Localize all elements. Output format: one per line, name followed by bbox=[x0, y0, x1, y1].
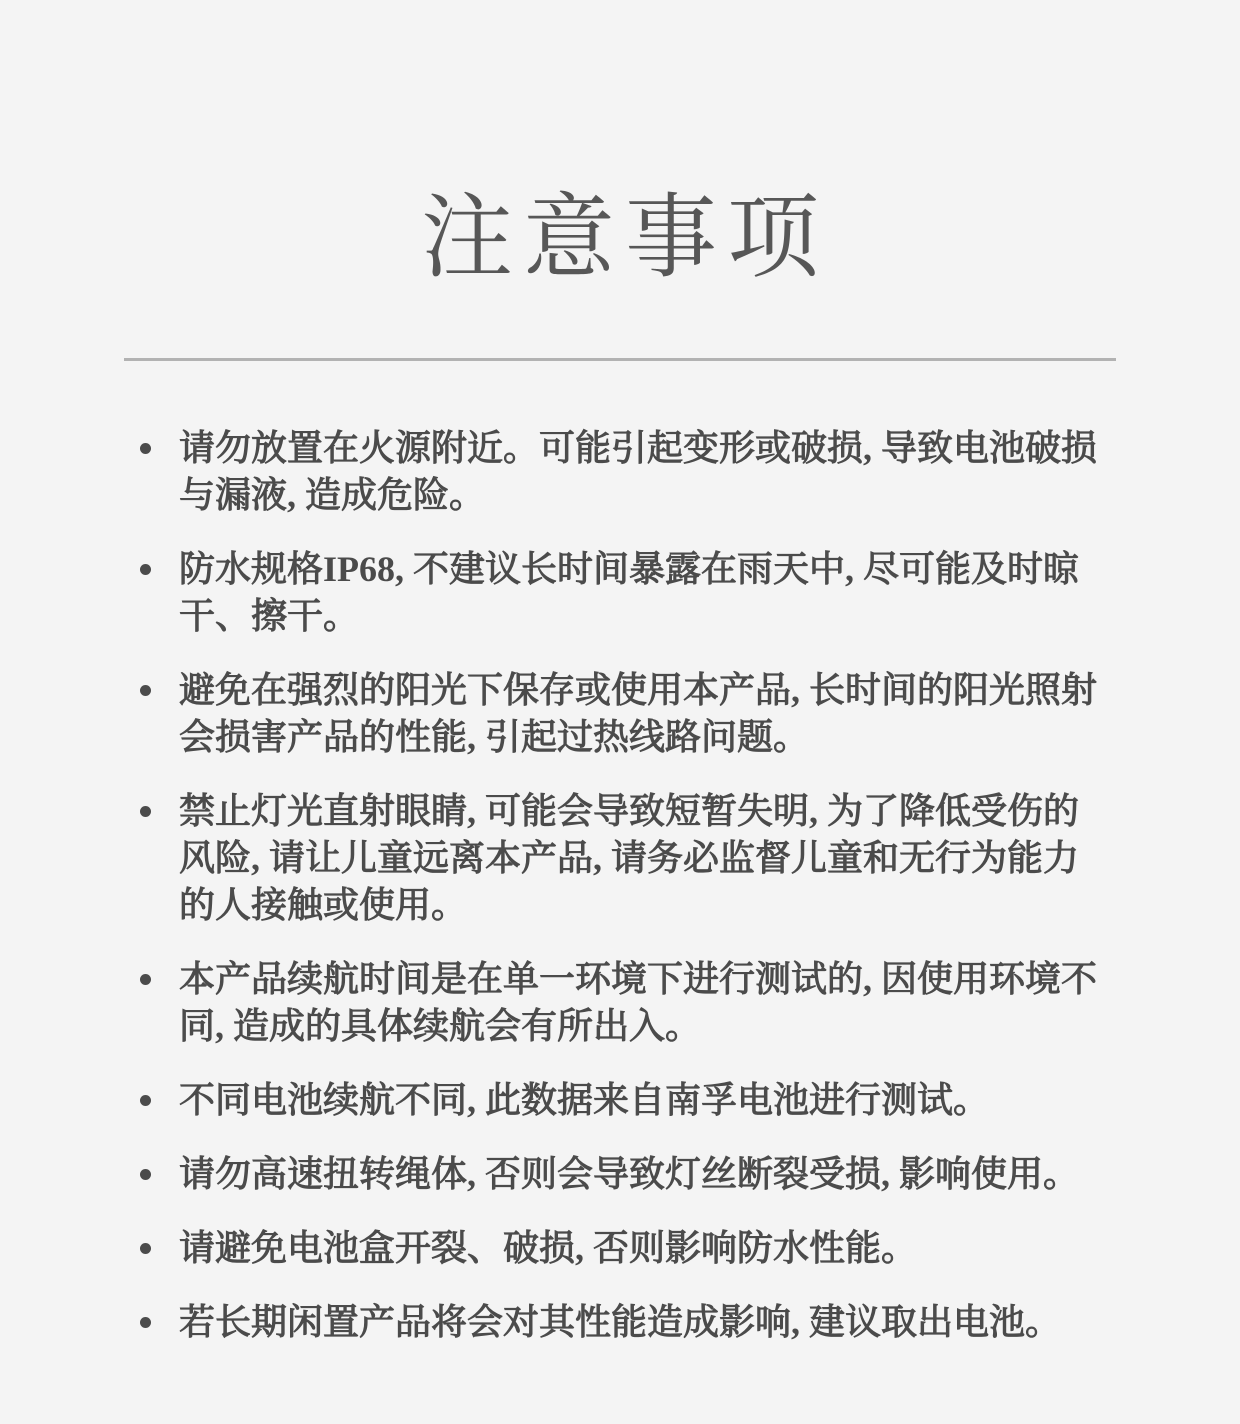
bullet-icon bbox=[140, 685, 151, 696]
bullet-icon bbox=[140, 1243, 151, 1254]
notice-text: 本产品续航时间是在单一环境下进行测试的, 因使用环境不同, 造成的具体续航会有所… bbox=[179, 956, 1114, 1050]
list-item: 禁止灯光直射眼睛, 可能会导致短暂失明, 为了降低受伤的风险, 请让儿童远离本产… bbox=[140, 788, 1240, 929]
bullet-icon bbox=[140, 974, 151, 985]
list-item: 不同电池续航不同, 此数据来自南孚电池进行测试。 bbox=[140, 1077, 1240, 1124]
list-item: 避免在强烈的阳光下保存或使用本产品, 长时间的阳光照射会损害产品的性能, 引起过… bbox=[140, 667, 1240, 761]
bullet-icon bbox=[140, 564, 151, 575]
bullet-icon bbox=[140, 1095, 151, 1106]
list-item: 若长期闲置产品将会对其性能造成影响, 建议取出电池。 bbox=[140, 1299, 1240, 1346]
notice-text: 若长期闲置产品将会对其性能造成影响, 建议取出电池。 bbox=[179, 1299, 1114, 1346]
notice-text: 请避免电池盒开裂、破损, 否则影响防水性能。 bbox=[179, 1225, 1114, 1272]
notice-list: 请勿放置在火源附近。可能引起变形或破损, 导致电池破损与漏液, 造成危险。 防水… bbox=[0, 425, 1240, 1346]
list-item: 防水规格IP68, 不建议长时间暴露在雨天中, 尽可能及时晾干、擦干。 bbox=[140, 546, 1240, 640]
list-item: 本产品续航时间是在单一环境下进行测试的, 因使用环境不同, 造成的具体续航会有所… bbox=[140, 956, 1240, 1050]
notice-text: 防水规格IP68, 不建议长时间暴露在雨天中, 尽可能及时晾干、擦干。 bbox=[179, 546, 1114, 640]
list-item: 请避免电池盒开裂、破损, 否则影响防水性能。 bbox=[140, 1225, 1240, 1272]
notice-text: 请勿高速扭转绳体, 否则会导致灯丝断裂受损, 影响使用。 bbox=[179, 1151, 1114, 1198]
notice-text: 避免在强烈的阳光下保存或使用本产品, 长时间的阳光照射会损害产品的性能, 引起过… bbox=[179, 667, 1114, 761]
title-divider bbox=[124, 358, 1116, 361]
page-title: 注意事项 bbox=[0, 0, 1240, 284]
list-item: 请勿高速扭转绳体, 否则会导致灯丝断裂受损, 影响使用。 bbox=[140, 1151, 1240, 1198]
notice-text: 禁止灯光直射眼睛, 可能会导致短暂失明, 为了降低受伤的风险, 请让儿童远离本产… bbox=[179, 788, 1114, 929]
bullet-icon bbox=[140, 806, 151, 817]
notice-text: 不同电池续航不同, 此数据来自南孚电池进行测试。 bbox=[179, 1077, 1114, 1124]
precautions-page: 注意事项 请勿放置在火源附近。可能引起变形或破损, 导致电池破损与漏液, 造成危… bbox=[0, 0, 1240, 1424]
bullet-icon bbox=[140, 443, 151, 454]
notice-text: 请勿放置在火源附近。可能引起变形或破损, 导致电池破损与漏液, 造成危险。 bbox=[179, 425, 1114, 519]
bullet-icon bbox=[140, 1169, 151, 1180]
list-item: 请勿放置在火源附近。可能引起变形或破损, 导致电池破损与漏液, 造成危险。 bbox=[140, 425, 1240, 519]
bullet-icon bbox=[140, 1317, 151, 1328]
